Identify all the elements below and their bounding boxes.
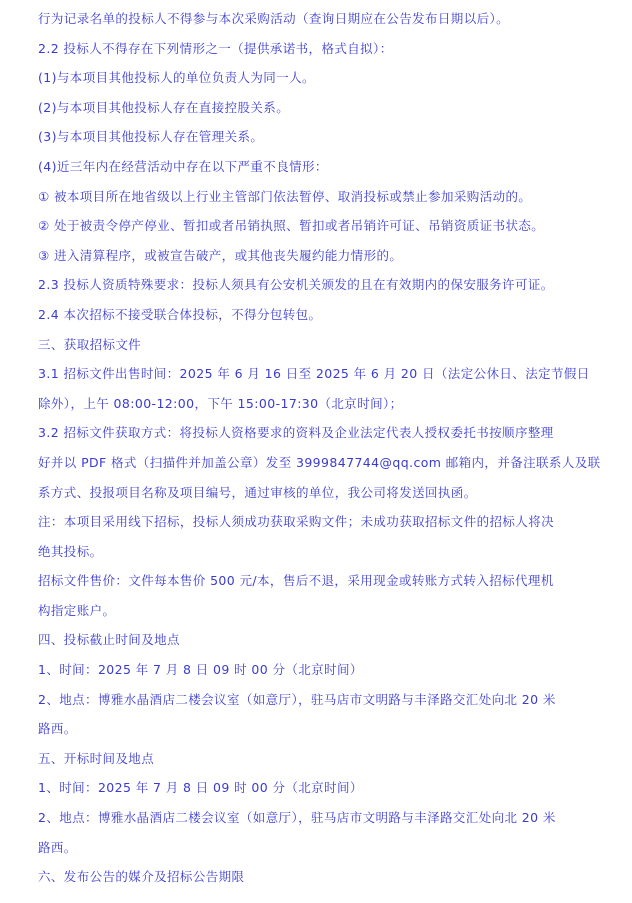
clause-2-2-item-2: (2)与本项目其他投标人存在直接控股关系。 (38, 93, 578, 123)
clause-3-2-line-2: 好并以 PDF 格式（扫描件并加盖公章）发至 3999847744@qq.com… (38, 448, 578, 478)
text-line-disqualification-record: 行为记录名单的投标人不得参与本次采购活动（查询日期应在公告发布日期以后）。 (38, 4, 578, 34)
clause-2-2-item-3: (3)与本项目其他投标人存在管理关系。 (38, 122, 578, 152)
clause-3-1-line-2: 除外），上午 08:00-12:00，下午 15:00-17:30（北京时间）； (38, 389, 578, 419)
clause-2-2-heading: 2.2 投标人不得存在下列情形之一（提供承诺书，格式自拟）： (38, 34, 578, 64)
section-3-heading: 三、获取招标文件 (38, 330, 578, 360)
section-4-heading: 四、投标截止时间及地点 (38, 625, 578, 655)
document-body: 行为记录名单的投标人不得参与本次采购活动（查询日期应在公告发布日期以后）。 2.… (38, 4, 578, 892)
section-5-location-line-2: 路西。 (38, 833, 578, 863)
clause-2-2-item-4-sub-3: ③ 进入清算程序，或被宣告破产，或其他丧失履约能力情形的。 (38, 241, 578, 271)
price-line-1: 招标文件售价：文件每本售价 500 元/本，售后不退，采用现金或转账方式转入招标… (38, 566, 578, 596)
section-4-location-line-1: 2、地点：博雅水晶酒店二楼会议室（如意厅），驻马店市文明路与丰泽路交汇处向北 2… (38, 685, 578, 715)
section-5-heading: 五、开标时间及地点 (38, 744, 578, 774)
clause-3-1-line-1: 3.1 招标文件出售时间：2025 年 6 月 16 日至 2025 年 6 月… (38, 359, 578, 389)
clause-2-2-item-4: (4)近三年内在经营活动中存在以下严重不良情形： (38, 152, 578, 182)
section-5-time: 1、时间：2025 年 7 月 8 日 09 时 00 分（北京时间） (38, 773, 578, 803)
clause-2-4: 2.4 本次招标不接受联合体投标，不得分包转包。 (38, 300, 578, 330)
clause-2-3: 2.3 投标人资质特殊要求：投标人须具有公安机关颁发的且在有效期内的保安服务许可… (38, 270, 578, 300)
section-6-heading: 六、发布公告的媒介及招标公告期限 (38, 862, 578, 892)
note-line-1: 注：本项目采用线下招标，投标人须成功获取采购文件；未成功获取招标文件的招标人将决 (38, 507, 578, 537)
clause-2-2-item-4-sub-1: ① 被本项目所在地省级以上行业主管部门依法暂停、取消投标或禁止参加采购活动的。 (38, 182, 578, 212)
clause-2-2-item-1: (1)与本项目其他投标人的单位负责人为同一人。 (38, 63, 578, 93)
clause-2-2-item-4-sub-2: ② 处于被责令停产停业、暂扣或者吊销执照、暂扣或者吊销许可证、吊销资质证书状态。 (38, 211, 578, 241)
section-5-location-line-1: 2、地点：博雅水晶酒店二楼会议室（如意厅），驻马店市文明路与丰泽路交汇处向北 2… (38, 803, 578, 833)
price-line-2: 构指定账户。 (38, 596, 578, 626)
clause-3-2-line-3: 系方式、投报项目名称及项目编号，通过审核的单位，我公司将发送回执函。 (38, 478, 578, 508)
clause-3-2-line-1: 3.2 招标文件获取方式：将投标人资格要求的资料及企业法定代表人授权委托书按顺序… (38, 418, 578, 448)
section-4-time: 1、时间：2025 年 7 月 8 日 09 时 00 分（北京时间） (38, 655, 578, 685)
note-line-2: 绝其投标。 (38, 537, 578, 567)
section-4-location-line-2: 路西。 (38, 714, 578, 744)
